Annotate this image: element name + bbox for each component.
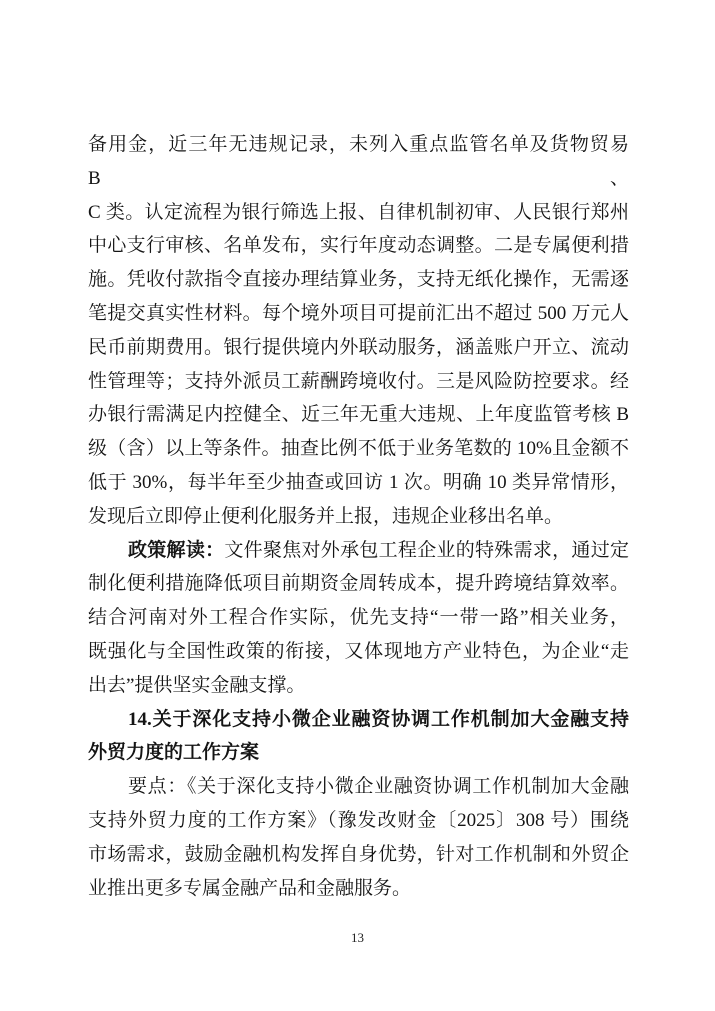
text-line: 性管理等；支持外派员工薪酬跨境收付。三是风险防控要求。经 bbox=[88, 365, 629, 399]
text-line: 既强化与全国性政策的衔接，又体现地方产业特色，为企业“走 bbox=[88, 635, 629, 669]
text-line: 笔提交真实性材料。每个境外项目可提前汇出不超过 500 万元人 bbox=[88, 297, 629, 331]
text-run: 文件聚焦对外承包工程企业的特殊需求，通过定 bbox=[224, 540, 629, 561]
section-heading-line: 外贸力度的工作方案 bbox=[88, 736, 629, 770]
text-line: 市场需求，鼓励金融机构发挥自身优势，针对工作机制和外贸企 bbox=[88, 838, 629, 872]
text-line: 制化便利措施降低项目前期资金周转成本，提升跨境结算效率。 bbox=[88, 567, 629, 601]
text-line: 出去”提供坚实金融支撑。 bbox=[88, 669, 629, 703]
text-line: C 类。认定流程为银行筛选上报、自律机制初审、人民银行郑州 bbox=[88, 196, 629, 230]
text-line: 低于 30%，每半年至少抽查或回访 1 次。明确 10 类异常情形， bbox=[88, 466, 629, 500]
text-line: 要点：《关于深化支持小微企业融资协调工作机制加大金融 bbox=[88, 770, 629, 804]
text-line: 备用金，近三年无违规记录，未列入重点监管名单及货物贸易 B、 bbox=[88, 128, 629, 196]
section-heading-line: 14.关于深化支持小微企业融资协调工作机制加大金融支持 bbox=[88, 703, 629, 737]
text-line: 施。凭收付款指令直接办理结算业务，支持无纸化操作，无需逐 bbox=[88, 263, 629, 297]
page-number: 13 bbox=[0, 930, 715, 946]
text-line: 支持外贸力度的工作方案》（豫发改财金〔2025〕308 号）围绕 bbox=[88, 804, 629, 838]
document-page: 备用金，近三年无违规记录，未列入重点监管名单及货物贸易 B、 C 类。认定流程为… bbox=[0, 0, 715, 1011]
text-line: 办银行需满足内控健全、近三年无重大违规、上年度监管考核 B bbox=[88, 398, 629, 432]
text-line: 政策解读：文件聚焦对外承包工程企业的特殊需求，通过定 bbox=[88, 534, 629, 568]
text-line: 中心支行审核、名单发布，实行年度动态调整。二是专属便利措 bbox=[88, 229, 629, 263]
text-block: 备用金，近三年无违规记录，未列入重点监管名单及货物贸易 B、 C 类。认定流程为… bbox=[88, 128, 629, 905]
policy-interpretation-label: 政策解读： bbox=[128, 540, 224, 561]
text-line: 民币前期费用。银行提供境内外联动服务，涵盖账户开立、流动 bbox=[88, 331, 629, 365]
text-line: 级（含）以上等条件。抽查比例不低于业务笔数的 10%且金额不 bbox=[88, 432, 629, 466]
text-line: 业推出更多专属金融产品和金融服务。 bbox=[88, 872, 629, 906]
text-line: 结合河南对外工程合作实际，优先支持“一带一路”相关业务， bbox=[88, 601, 629, 635]
text-line: 发现后立即停止便利化服务并上报，违规企业移出名单。 bbox=[88, 500, 629, 534]
